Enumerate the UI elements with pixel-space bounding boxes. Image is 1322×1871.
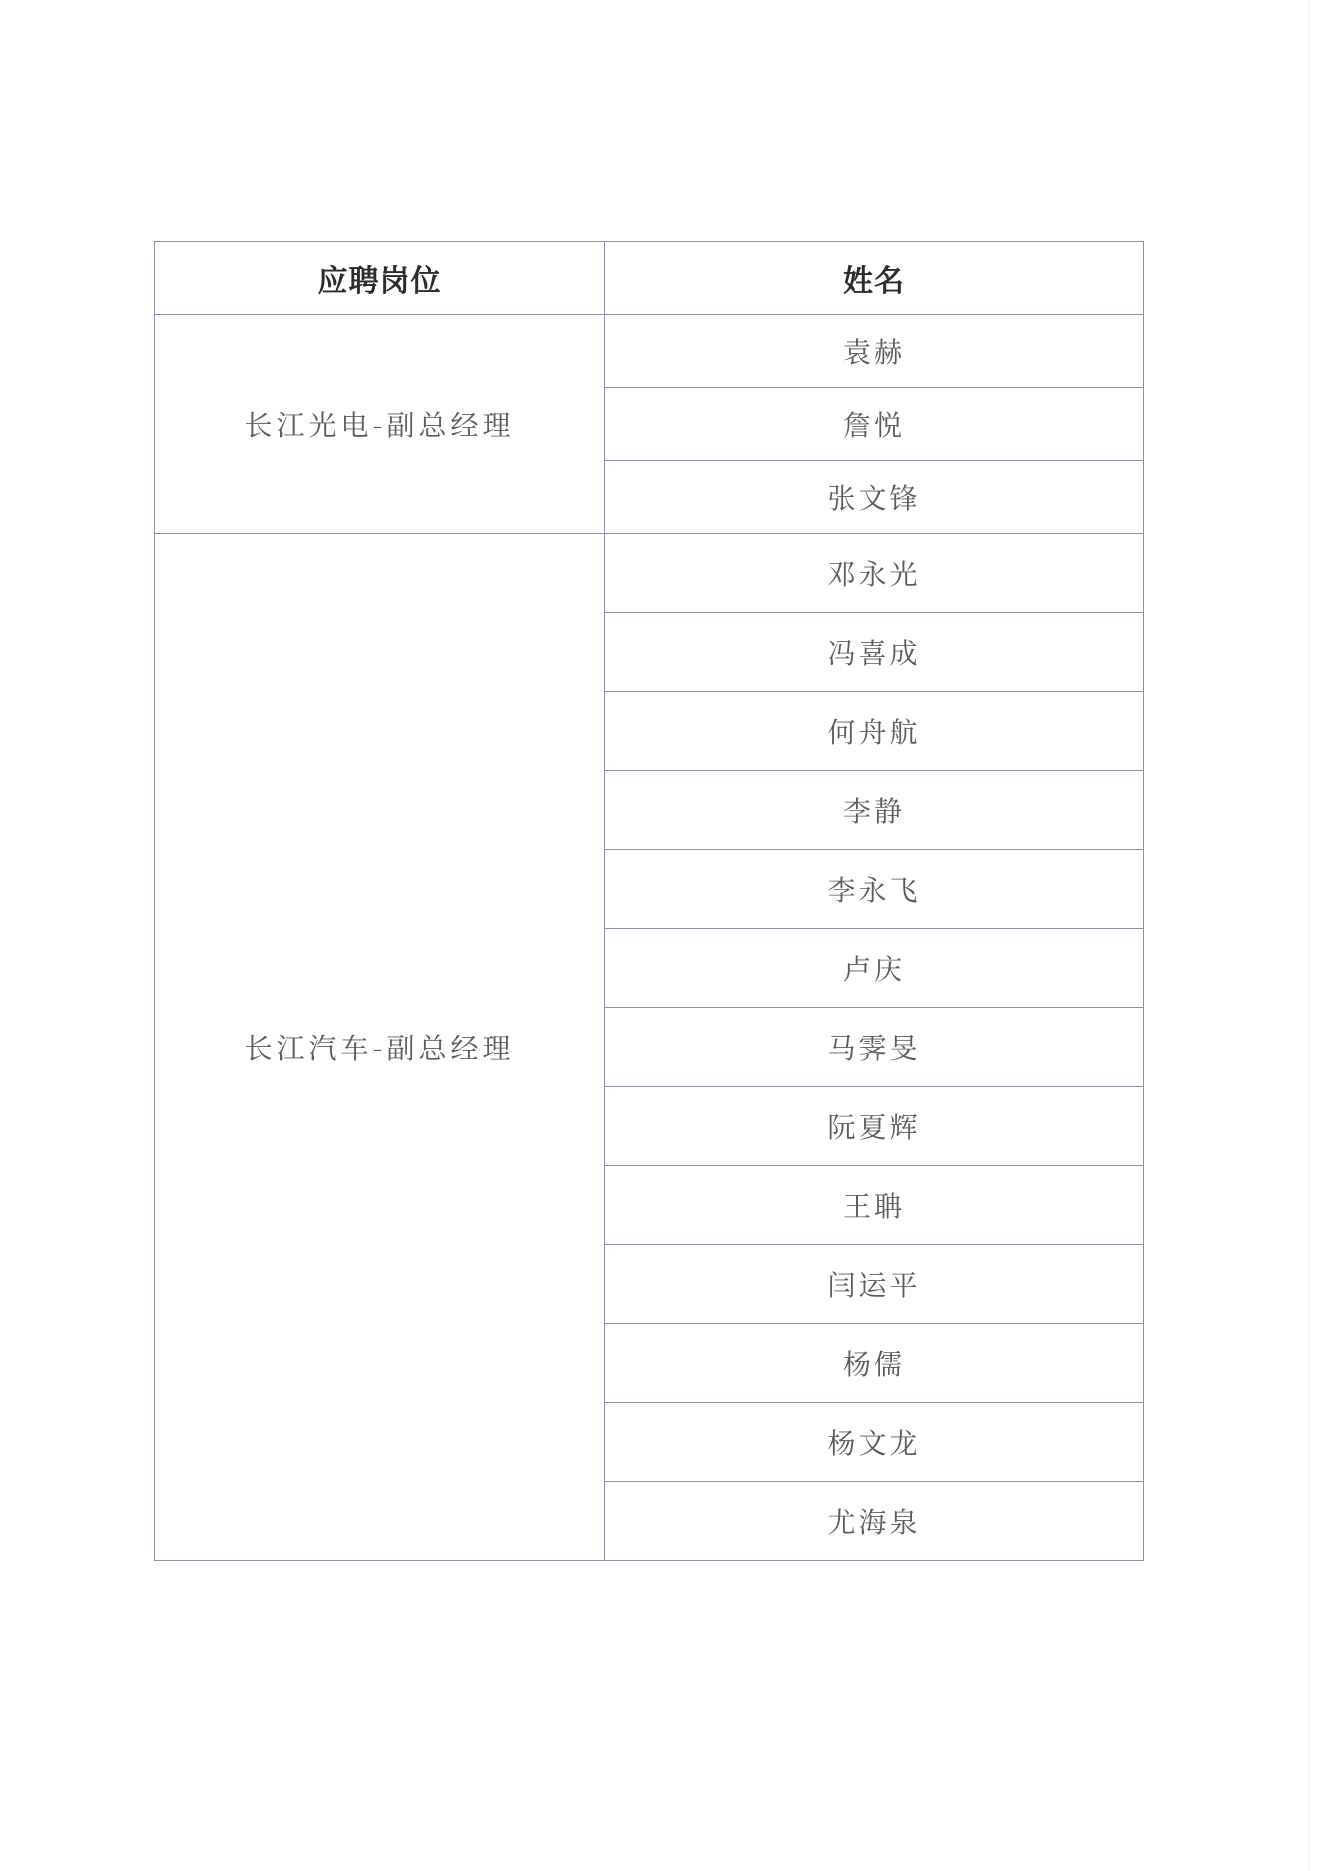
name-cell: 袁赫: [605, 315, 1144, 388]
name-cell: 卢庆: [605, 929, 1144, 1008]
name-cell: 马霁旻: [605, 1008, 1144, 1087]
name-cell: 尤海泉: [605, 1482, 1144, 1561]
page-edge: [1309, 0, 1310, 1871]
name-cell: 阮夏辉: [605, 1087, 1144, 1166]
table-row: 长江光电-副总经理 袁赫: [155, 315, 1144, 388]
name-cell: 李永飞: [605, 850, 1144, 929]
name-cell: 詹悦: [605, 388, 1144, 461]
applicant-table: 应聘岗位 姓名 长江光电-副总经理 袁赫 詹悦 张文锋 长江汽车-副总经理 邓永…: [154, 241, 1144, 1561]
name-cell: 闫运平: [605, 1245, 1144, 1324]
name-cell: 何舟航: [605, 692, 1144, 771]
position-cell: 长江汽车-副总经理: [155, 534, 605, 1561]
header-row: 应聘岗位 姓名: [155, 242, 1144, 315]
name-cell: 杨文龙: [605, 1403, 1144, 1482]
name-cell: 张文锋: [605, 461, 1144, 534]
header-name: 姓名: [605, 242, 1144, 315]
name-cell: 邓永光: [605, 534, 1144, 613]
name-cell: 杨儒: [605, 1324, 1144, 1403]
name-cell: 冯喜成: [605, 613, 1144, 692]
name-cell: 王聃: [605, 1166, 1144, 1245]
header-position: 应聘岗位: [155, 242, 605, 315]
name-cell: 李静: [605, 771, 1144, 850]
table-row: 长江汽车-副总经理 邓永光: [155, 534, 1144, 613]
position-cell: 长江光电-副总经理: [155, 315, 605, 534]
